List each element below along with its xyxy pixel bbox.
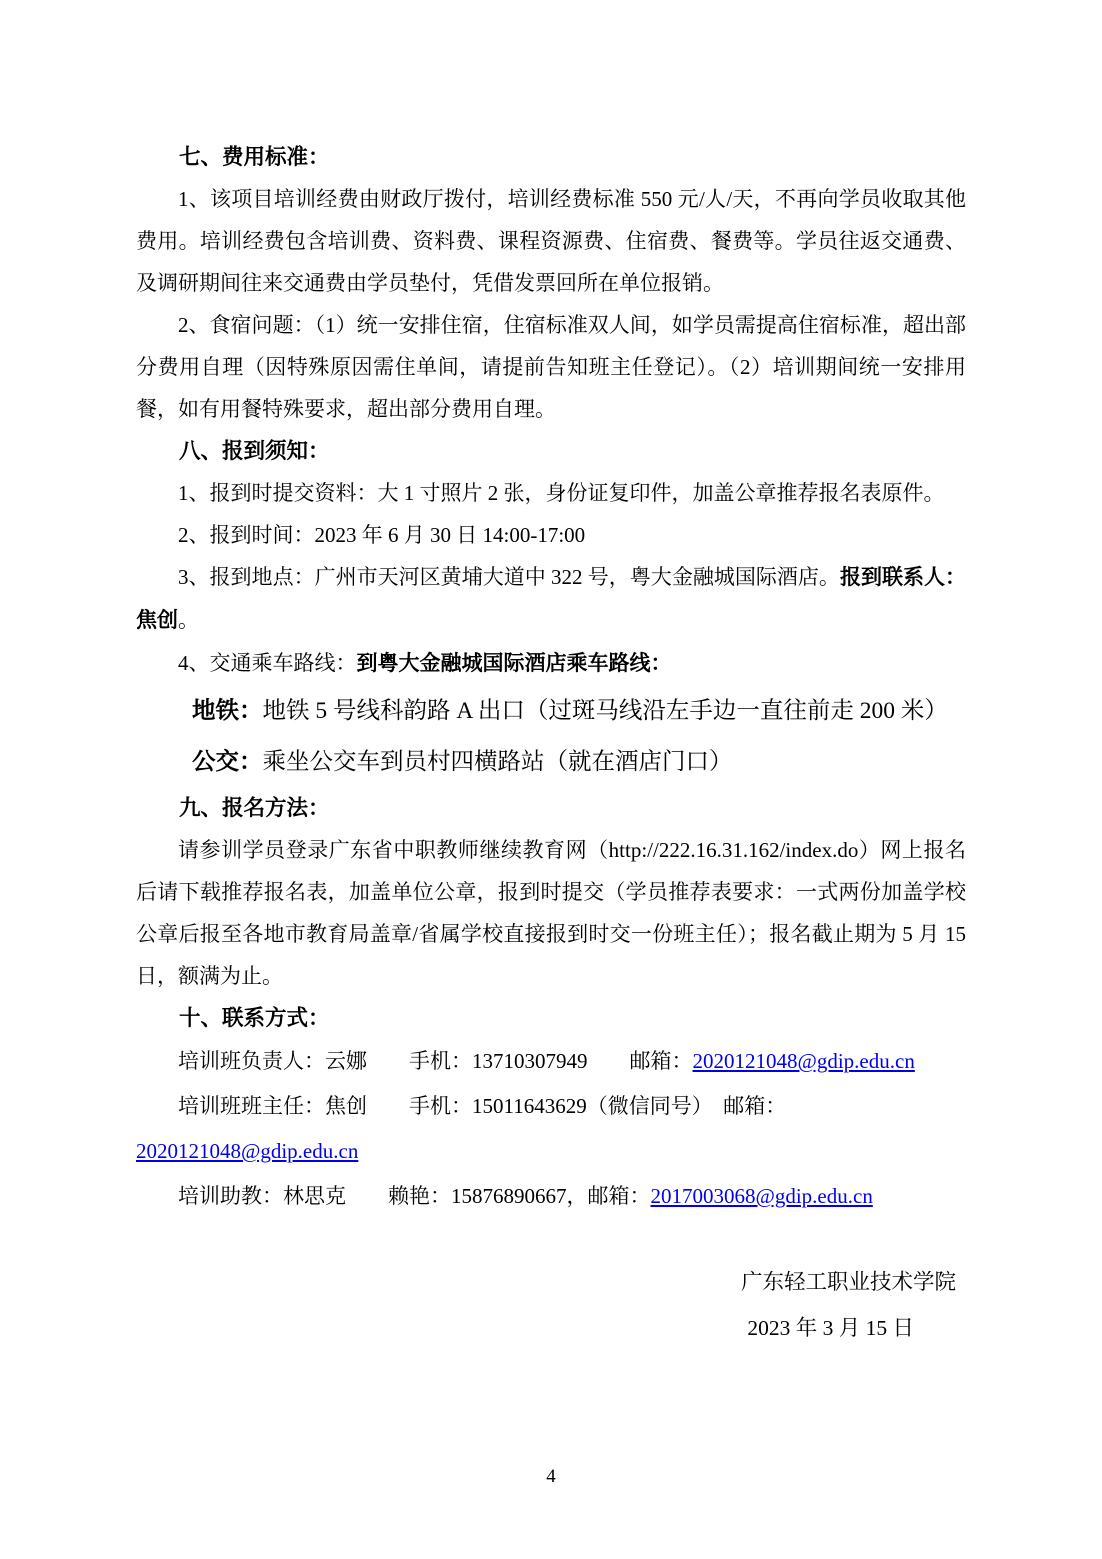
text-run: 九、报名方法：: [179, 796, 330, 820]
checkin-item-2: 2、报到时间：2023 年 6 月 30 日 14:00-17:00: [136, 514, 966, 556]
text-run: 2023 年 3 月 15 日: [747, 1316, 914, 1340]
text-run: 培训助教：林思克 赖艳：15876890667，邮箱：: [178, 1184, 651, 1208]
page-footer: 4: [0, 1462, 1102, 1492]
text-run: 地铁：: [192, 697, 263, 723]
leader-email-link[interactable]: 2020121048@gdip.edu.cn: [693, 1049, 915, 1073]
head-teacher-email-link[interactable]: 2020121048@gdip.edu.cn: [136, 1139, 358, 1163]
text-run: 乘坐公交车到员村四横路站（就在酒店门口）: [263, 749, 733, 775]
text-run: 十、联系方式：: [179, 1006, 330, 1030]
document-page: 七、费用标准：1、该项目培训经费由财政厅拨付，培训经费标准 550 元/人/天，…: [0, 0, 1102, 1559]
text-run: 1、该项目培训经费由财政厅拨付，培训经费标准 550 元/人/天，不再向学员收取…: [136, 187, 966, 295]
section-registration-heading: 九、报名方法：: [136, 787, 966, 829]
text-run: 请参训学员登录广东省中职教师继续教育网（http://222.16.31.162…: [136, 838, 966, 988]
signature-date: 2023 年 3 月 15 日: [136, 1305, 966, 1351]
section-contact-heading: 十、联系方式：: [136, 997, 966, 1039]
contact-line-assistant: 培训助教：林思克 赖艳：15876890667，邮箱：2017003068@gd…: [136, 1174, 966, 1219]
text-run: 2、报到时间：2023 年 6 月 30 日 14:00-17:00: [178, 523, 585, 547]
checkin-item-1: 1、报到时提交资料：大 1 寸照片 2 张，身份证复印件，加盖公章推荐报名表原件…: [136, 472, 966, 514]
signature-organization: 广东轻工职业技术学院: [136, 1259, 966, 1305]
checkin-item-3: 3、报到地点：广州市天河区黄埔大道中 322 号，粤大金融城国际酒店。报到联系人…: [136, 556, 966, 642]
text-run: 3、报到地点：广州市天河区黄埔大道中 322 号，粤大金融城国际酒店。: [178, 565, 840, 589]
text-run: 4、交通乘车路线：: [178, 651, 357, 675]
text-run: 培训班班主任：焦创 手机：15011643629（微信同号） 邮箱：: [178, 1094, 786, 1118]
text-run: 公交：: [192, 748, 263, 774]
text-run: 培训班负责人：云娜 手机：13710307949 邮箱：: [178, 1049, 693, 1073]
fee-paragraph-2: 2、食宿问题：（1）统一安排住宿，住宿标准双人间，如学员需提高住宿标准，超出部分…: [136, 304, 966, 430]
text-run: 1、报到时提交资料：大 1 寸照片 2 张，身份证复印件，加盖公章推荐报名表原件…: [178, 481, 945, 505]
transit-metro-line: 地铁：地铁 5 号线科韵路 A 出口（过斑马线沿左手边一直往前走 200 米）: [136, 685, 966, 736]
page-number: 4: [546, 1466, 556, 1487]
text-run: 八、报到须知：: [179, 439, 330, 463]
text-run: 2、食宿问题：（1）统一安排住宿，住宿标准双人间，如学员需提高住宿标准，超出部分…: [136, 313, 966, 421]
text-run: 到粤大金融城国际酒店乘车路线：: [357, 652, 672, 675]
fee-paragraph-1: 1、该项目培训经费由财政厅拨付，培训经费标准 550 元/人/天，不再向学员收取…: [136, 178, 966, 304]
section-checkin-heading: 八、报到须知：: [136, 430, 966, 472]
section-fee-heading: 七、费用标准：: [136, 136, 966, 178]
text-run: 。: [178, 608, 199, 632]
checkin-item-4: 4、交通乘车路线：到粤大金融城国际酒店乘车路线：: [136, 642, 966, 685]
contact-line-head-teacher: 培训班班主任：焦创 手机：15011643629（微信同号） 邮箱：202012…: [136, 1084, 966, 1174]
transit-bus-line: 公交：乘坐公交车到员村四横路站（就在酒店门口）: [136, 736, 966, 787]
registration-paragraph: 请参训学员登录广东省中职教师继续教育网（http://222.16.31.162…: [136, 829, 966, 997]
text-run: 地铁 5 号线科韵路 A 出口（过斑马线沿左手边一直往前走 200 米）: [263, 698, 948, 724]
text-run: 七、费用标准：: [179, 145, 330, 169]
document-content: 七、费用标准：1、该项目培训经费由财政厅拨付，培训经费标准 550 元/人/天，…: [136, 136, 966, 1351]
text-run: 广东轻工职业技术学院: [741, 1270, 956, 1294]
assistant-email-link[interactable]: 2017003068@gdip.edu.cn: [651, 1184, 873, 1208]
contact-line-leader: 培训班负责人：云娜 手机：13710307949 邮箱：2020121048@g…: [136, 1039, 966, 1084]
